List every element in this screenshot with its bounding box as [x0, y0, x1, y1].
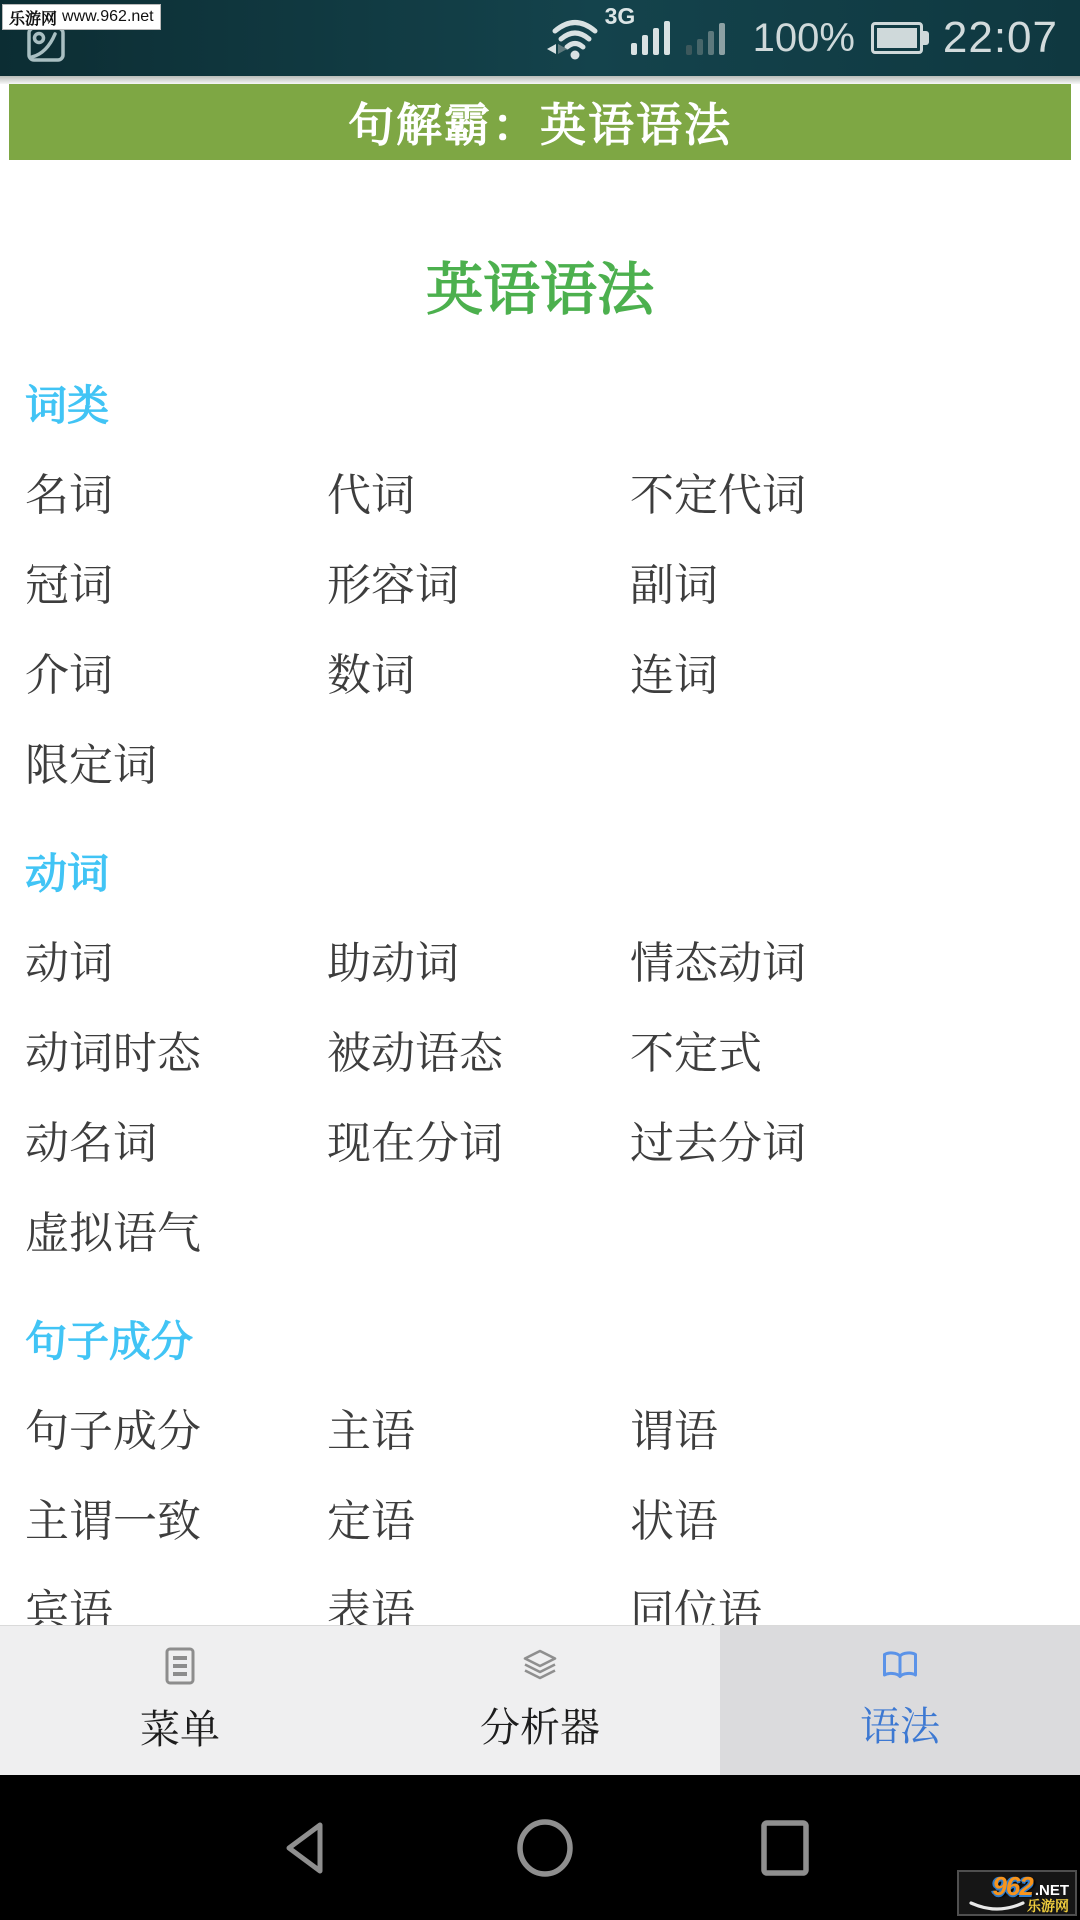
wifi-icon	[547, 14, 603, 62]
signal-bars-primary	[631, 21, 670, 55]
grammar-item[interactable]: 形容词	[327, 563, 630, 609]
grammar-item[interactable]: 现在分词	[327, 1121, 630, 1167]
grammar-item[interactable]: 冠词	[25, 563, 327, 609]
tab-analyzer-label: 分析器	[480, 1696, 600, 1753]
section-heading: 句子成分	[25, 1321, 1080, 1363]
top-watermark-url: www.962.net	[62, 8, 154, 26]
grammar-item-empty	[327, 1211, 630, 1257]
watermark-962: 962	[992, 1873, 1032, 1899]
grammar-row: 主谓一致 定语 状语	[25, 1499, 1080, 1545]
grammar-row: 动词 助动词 情态动词	[25, 941, 1080, 987]
grammar-item[interactable]: 谓语	[630, 1409, 1080, 1455]
document-list-icon	[165, 1647, 195, 1685]
grammar-item[interactable]: 副词	[630, 563, 1080, 609]
swoosh-icon	[969, 1900, 1025, 1913]
recents-icon[interactable]	[760, 1819, 810, 1877]
grammar-row: 冠词 形容词 副词	[25, 563, 1080, 609]
bottom-watermark: 962 .NET 乐游网	[957, 1870, 1077, 1916]
grammar-item[interactable]: 限定词	[25, 743, 327, 789]
network-type-label: 3G	[605, 5, 636, 28]
grammar-row: 介词 数词 连词	[25, 653, 1080, 699]
grammar-item-empty	[630, 743, 1080, 789]
grammar-row: 动名词 现在分词 过去分词	[25, 1121, 1080, 1167]
grammar-item[interactable]: 被动语态	[327, 1031, 630, 1077]
bottom-tab-bar: 菜单 分析器 语法	[0, 1625, 1080, 1775]
battery-nub	[923, 31, 929, 45]
status-bar-right-cluster: 3G 100% 22:07	[547, 13, 1058, 63]
watermark-net: .NET	[1035, 1883, 1069, 1898]
page-title: 英语语法	[25, 262, 1055, 319]
grammar-item[interactable]: 动名词	[25, 1121, 327, 1167]
grammar-row: 限定词	[25, 743, 1080, 789]
grammar-item[interactable]: 动词	[25, 941, 327, 987]
grammar-row: 虚拟语气	[25, 1211, 1080, 1257]
grammar-item-empty	[327, 743, 630, 789]
grammar-item[interactable]: 连词	[630, 653, 1080, 699]
back-icon[interactable]	[280, 1820, 326, 1876]
grammar-item[interactable]: 助动词	[327, 941, 630, 987]
app-title-bar: 句解霸：英语语法	[9, 84, 1071, 160]
grammar-item[interactable]: 数词	[327, 653, 630, 699]
battery-icon	[871, 22, 923, 54]
open-book-icon	[881, 1650, 919, 1682]
app-title: 句解霸：英语语法	[348, 89, 732, 155]
bottom-watermark-brand: 962 .NET	[992, 1873, 1069, 1899]
grammar-item[interactable]: 介词	[25, 653, 327, 699]
battery-percent: 100%	[753, 16, 855, 61]
grammar-item[interactable]: 虚拟语气	[25, 1211, 327, 1257]
bottom-watermark-site-row: 乐游网	[969, 1899, 1069, 1913]
tab-menu-label: 菜单	[140, 1698, 220, 1755]
photo-notification-icon	[26, 24, 66, 64]
grammar-row: 句子成分 主语 谓语	[25, 1409, 1080, 1455]
grammar-row: 动词时态 被动语态 不定式	[25, 1031, 1080, 1077]
section-heading: 词类	[25, 385, 1080, 427]
grammar-item[interactable]: 不定式	[630, 1031, 1080, 1077]
grammar-item[interactable]: 状语	[630, 1499, 1080, 1545]
tab-grammar-label: 语法	[860, 1695, 940, 1752]
home-icon[interactable]	[515, 1819, 575, 1877]
grammar-item[interactable]: 主谓一致	[25, 1499, 327, 1545]
grammar-item[interactable]: 句子成分	[25, 1409, 327, 1455]
grammar-item[interactable]: 情态动词	[630, 941, 1080, 987]
status-bar: 乐游网 www.962.net 3G 100%	[0, 0, 1080, 76]
grammar-item[interactable]: 不定代词	[630, 473, 1080, 519]
header-shadow-strip	[0, 76, 1080, 84]
grammar-index-page: 英语语法 词类 名词 代词 不定代词 冠词 形容词 副词 介词 数词 连词 限定…	[0, 262, 1080, 1635]
wifi-activity-arrow-left	[547, 44, 556, 54]
grammar-item[interactable]: 名词	[25, 473, 327, 519]
tab-grammar[interactable]: 语法	[720, 1626, 1080, 1775]
grammar-item[interactable]: 定语	[327, 1499, 630, 1545]
layers-icon	[521, 1649, 559, 1683]
android-nav-bar: 962 .NET 乐游网	[0, 1775, 1080, 1920]
grammar-item-empty	[630, 1211, 1080, 1257]
battery-fill	[877, 28, 917, 48]
tab-menu[interactable]: 菜单	[0, 1626, 360, 1775]
grammar-item[interactable]: 主语	[327, 1409, 630, 1455]
signal-bars-secondary	[686, 21, 725, 55]
grammar-row: 名词 代词 不定代词	[25, 473, 1080, 519]
section-heading: 动词	[25, 853, 1080, 895]
top-watermark: 乐游网 www.962.net	[2, 4, 161, 30]
sim1-signal: 3G	[631, 21, 670, 55]
tab-analyzer[interactable]: 分析器	[360, 1626, 720, 1775]
clock: 22:07	[943, 13, 1058, 63]
grammar-item[interactable]: 过去分词	[630, 1121, 1080, 1167]
top-watermark-site: 乐游网	[9, 6, 57, 29]
grammar-item[interactable]: 动词时态	[25, 1031, 327, 1077]
grammar-item[interactable]: 代词	[327, 473, 630, 519]
watermark-site: 乐游网	[1027, 1899, 1069, 1913]
